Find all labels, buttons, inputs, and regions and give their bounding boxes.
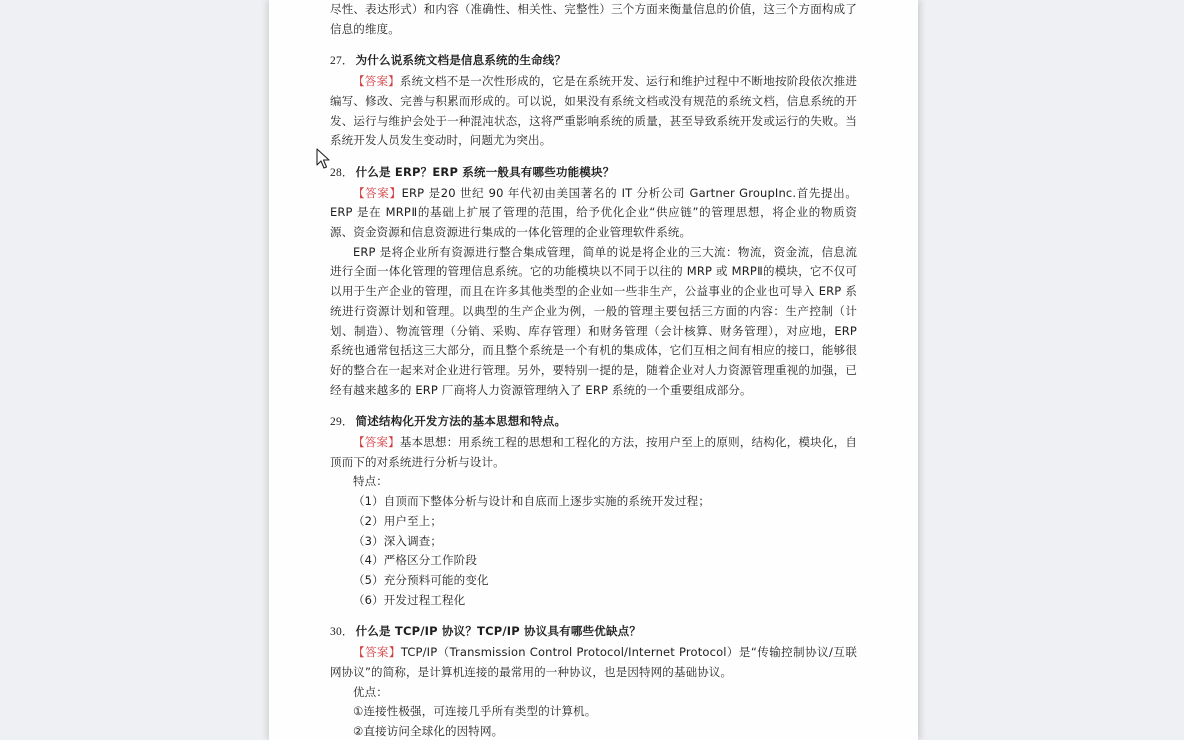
feature-item: （5）充分预料可能的变化 (330, 571, 857, 591)
question-29-heading: 29．简述结构化开发方法的基本思想和特点。 (330, 412, 857, 433)
answer-text: TCP/IP（Transmission Control Protocol/Int… (330, 645, 857, 679)
mouse-cursor-icon (316, 148, 332, 170)
feature-item: （6）开发过程工程化 (330, 591, 857, 611)
document-page: 尽性、表达形式）和内容（准确性、相关性、完整性）三个方面来衡量信息的价值，这三个… (269, 0, 918, 740)
question-30-heading: 30．什么是 TCP/IP 协议？TCP/IP 协议具有哪些优缺点？ (330, 622, 857, 643)
feature-item: （1）自顶而下整体分析与设计和自底而上逐步实施的系统开发过程； (330, 492, 857, 512)
feature-item: （4）严格区分工作阶段 (330, 551, 857, 571)
question-title: 什么是 TCP/IP 协议？TCP/IP 协议具有哪些优缺点？ (356, 624, 641, 638)
question-27-answer: 【答案】系统文档不是一次性形成的，它是在系统开发、运行和维护过程中不断地按阶段依… (330, 72, 857, 151)
question-title: 简述结构化开发方法的基本思想和特点。 (356, 414, 567, 428)
question-number: 30． (330, 626, 354, 638)
answer-tag: 【答案】 (353, 435, 400, 449)
intro-fragment: 尽性、表达形式）和内容（准确性、相关性、完整性）三个方面来衡量信息的价值，这三个… (330, 0, 857, 39)
advantage-item: ②直接访问全球化的因特网。 (330, 722, 857, 740)
answer-text: 基本思想：用系统工程的思想和工程化的方法，按用户至上的原则，结构化，模块化，自顶… (330, 435, 857, 469)
answer-tag: 【答案】 (353, 74, 400, 88)
answer-text: ERP 是20 世纪 90 年代初由美国著名的 IT 分析公司 Gartner … (330, 186, 857, 239)
question-number: 28． (330, 167, 354, 179)
question-28-heading: 28．什么是 ERP？ERP 系统一般具有哪些功能模块？ (330, 163, 857, 184)
question-28-answer: 【答案】ERP 是20 世纪 90 年代初由美国著名的 IT 分析公司 Gart… (330, 184, 857, 243)
question-number: 27． (330, 55, 354, 67)
advantage-item: ①连接性极强，可连接几乎所有类型的计算机。 (330, 702, 857, 722)
question-28-extra: ERP 是将企业所有资源进行整合集成管理，简单的说是将企业的三大流：物流，资金流… (330, 243, 857, 401)
question-27-heading: 27．为什么说系统文档是信息系统的生命线？ (330, 51, 857, 72)
advantages-label: 优点： (330, 683, 857, 703)
feature-item: （3）深入调查； (330, 532, 857, 552)
page-content: 尽性、表达形式）和内容（准确性、相关性、完整性）三个方面来衡量信息的价值，这三个… (330, 0, 857, 740)
question-number: 29． (330, 416, 354, 428)
feature-item: （2）用户至上； (330, 512, 857, 532)
answer-tag: 【答案】 (353, 186, 402, 200)
question-29-answer: 【答案】基本思想：用系统工程的思想和工程化的方法，按用户至上的原则，结构化，模块… (330, 433, 857, 472)
document-viewer[interactable]: 尽性、表达形式）和内容（准确性、相关性、完整性）三个方面来衡量信息的价值，这三个… (0, 0, 1184, 740)
answer-tag: 【答案】 (353, 645, 401, 659)
features-label: 特点： (330, 472, 857, 492)
answer-text: 系统文档不是一次性形成的，它是在系统开发、运行和维护过程中不断地按阶段依次推进编… (330, 74, 857, 147)
question-title: 为什么说系统文档是信息系统的生命线？ (356, 53, 567, 67)
question-30-answer: 【答案】TCP/IP（Transmission Control Protocol… (330, 643, 857, 682)
question-title: 什么是 ERP？ERP 系统一般具有哪些功能模块？ (356, 165, 615, 179)
